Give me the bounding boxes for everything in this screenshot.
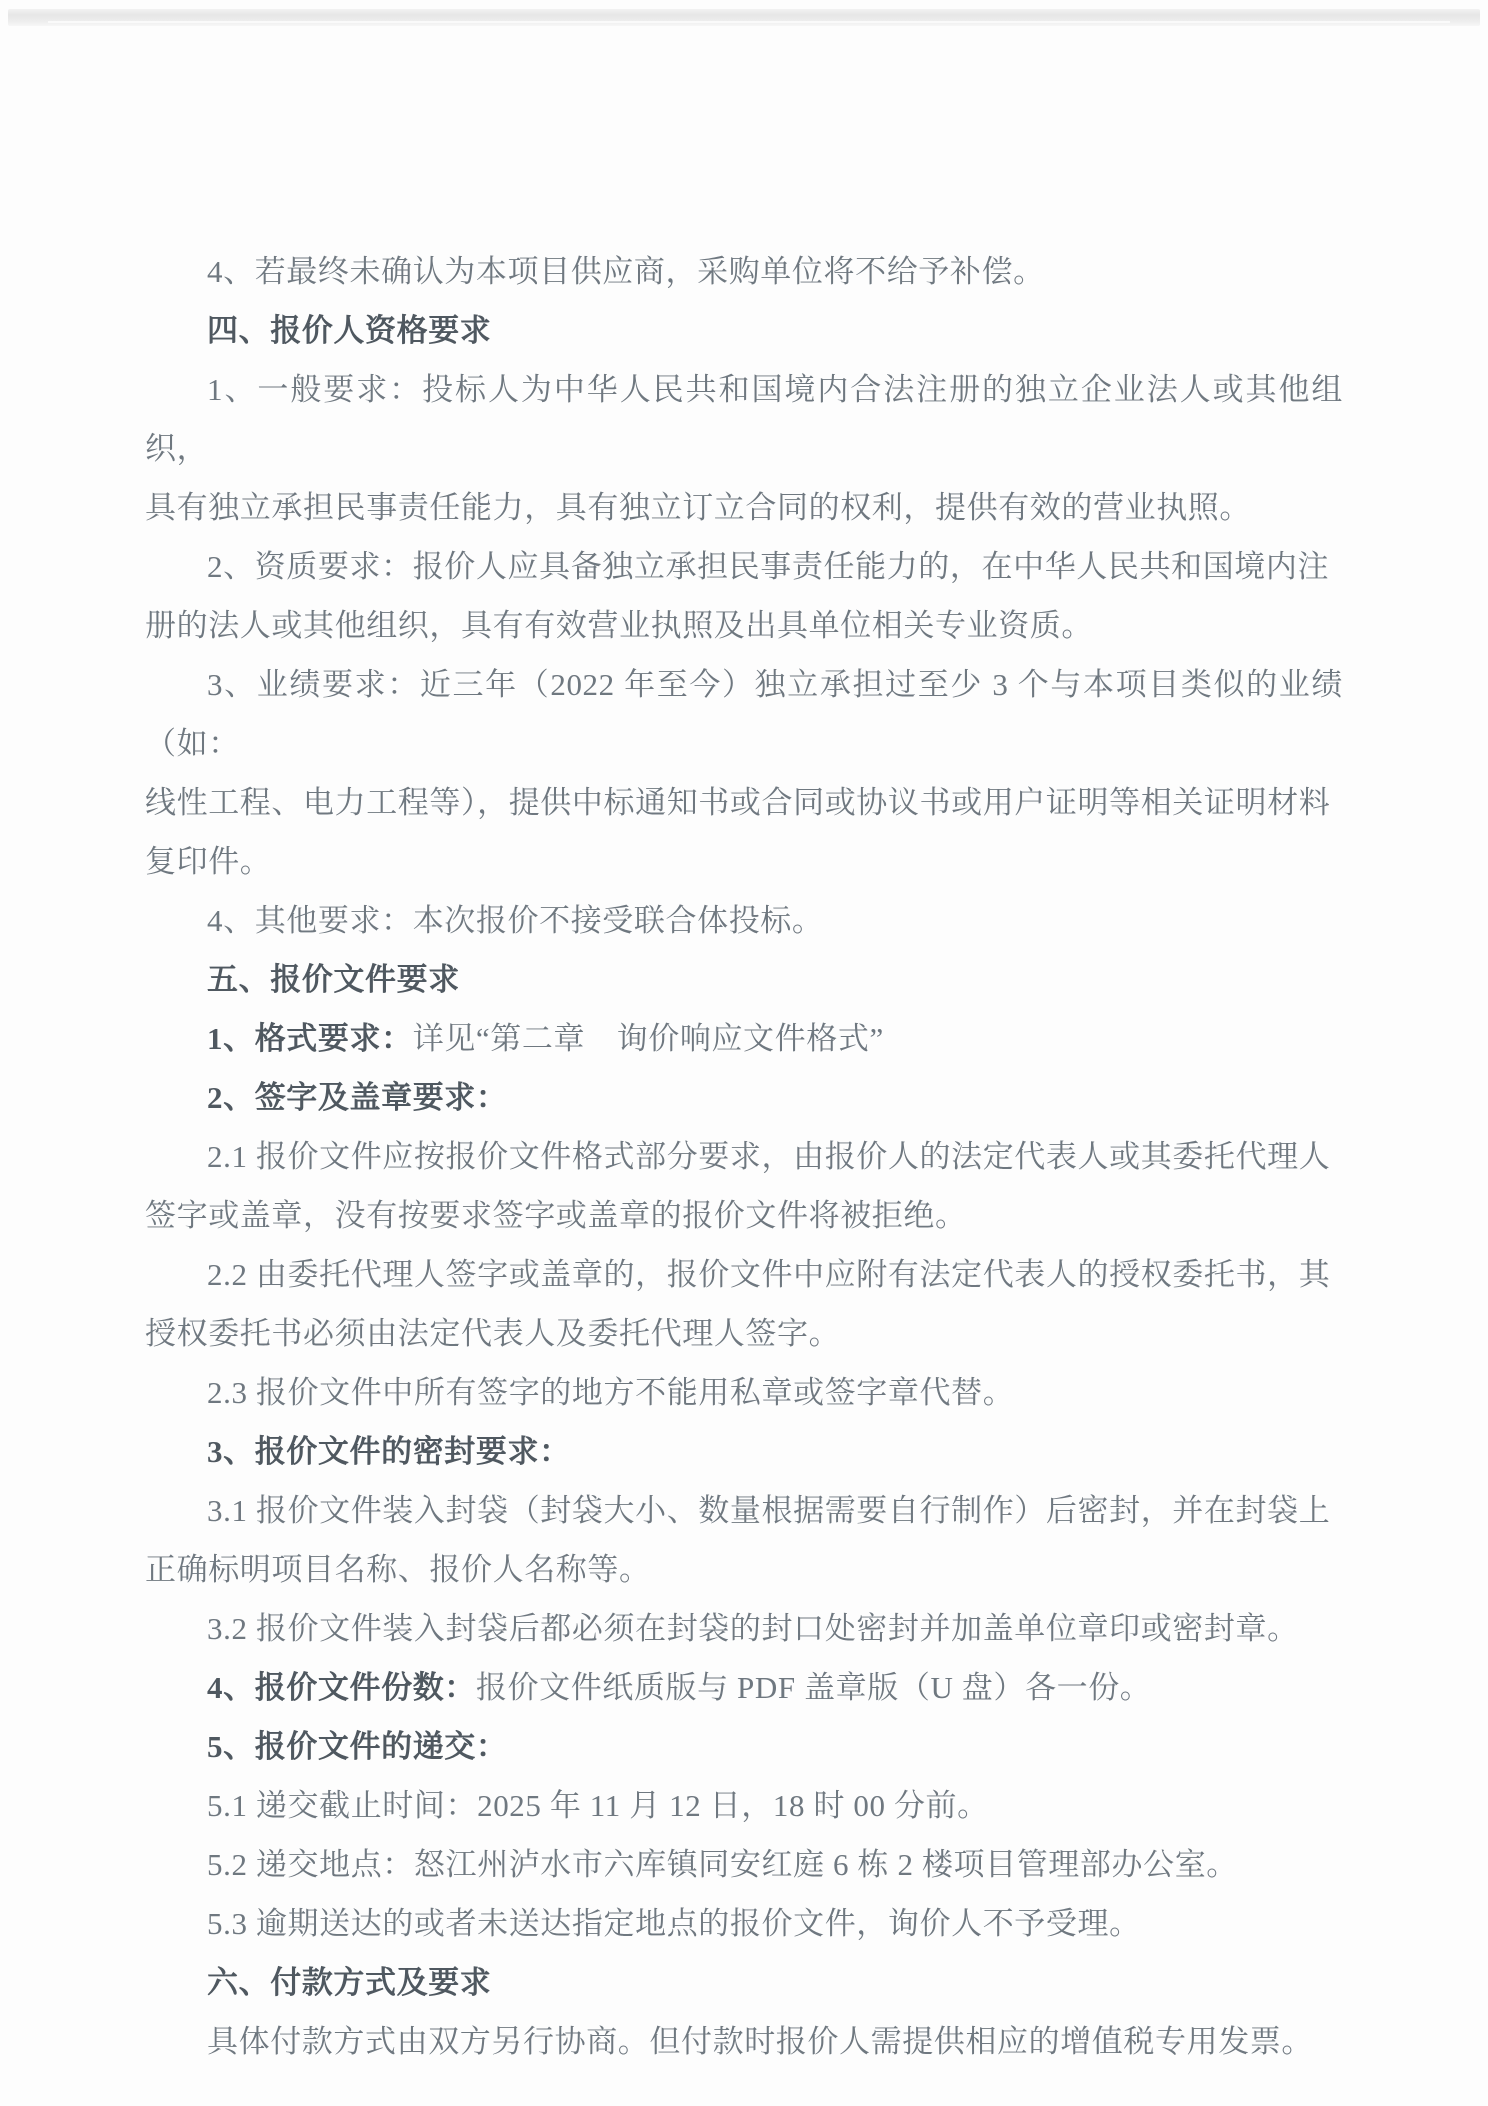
text-run: 具体付款方式由双方另行协商。但付款时报价人需提供相应的增值税专用发票。 <box>207 2024 1313 2059</box>
text-run: 2.1 报价文件应按报价文件格式部分要求，由报价人的法定代表人或其委托代理人 签… <box>145 1139 1330 1233</box>
bold-text-run: 5、报价文件的递交： <box>207 1729 508 1764</box>
section-heading: 六、付款方式及要求 <box>145 1953 1343 2012</box>
section-heading: 3、报价文件的密封要求： <box>145 1422 1343 1481</box>
text-run: 3.2 报价文件装入封袋后都必须在封袋的封口处密封并加盖单位章印或密封章。 <box>207 1611 1299 1646</box>
body-paragraph: 5.1 递交截止时间：2025 年 11 月 12 日，18 时 00 分前。 <box>145 1776 1343 1835</box>
body-paragraph: 具体付款方式由双方另行协商。但付款时报价人需提供相应的增值税专用发票。 <box>145 2012 1343 2071</box>
body-paragraph: 2、资质要求：报价人应具备独立承担民事责任能力的，在中华人民共和国境内注 册的法… <box>145 537 1343 655</box>
body-paragraph: 3.1 报价文件装入封袋（封袋大小、数量根据需要自行制作）后密封，并在封袋上 正… <box>145 1481 1343 1599</box>
section-heading: 2、签字及盖章要求： <box>145 1068 1343 1127</box>
bold-text-run: 四、报价人资格要求 <box>207 313 491 348</box>
body-paragraph: 2.3 报价文件中所有签字的地方不能用私章或签字章代替。 <box>145 1363 1343 1422</box>
body-paragraph: 1、一般要求：投标人为中华人民共和国境内合法注册的独立企业法人或其他组织， 具有… <box>145 360 1343 537</box>
section-heading: 四、报价人资格要求 <box>145 301 1343 360</box>
text-run: 3、业绩要求：近三年（2022 年至今）独立承担过至少 3 个与本项目类似的业绩… <box>145 667 1343 879</box>
body-paragraph: 5.2 递交地点：怒江州泸水市六库镇同安红庭 6 栋 2 楼项目管理部办公室。 <box>145 1835 1343 1894</box>
scan-artifact-top-band <box>8 9 1480 26</box>
text-run: 4、其他要求：本次报价不接受联合体投标。 <box>207 903 824 938</box>
body-paragraph: 5.3 逾期送达的或者未送达指定地点的报价文件，询价人不予受理。 <box>145 1894 1343 1953</box>
body-paragraph: 3、业绩要求：近三年（2022 年至今）独立承担过至少 3 个与本项目类似的业绩… <box>145 655 1343 891</box>
body-paragraph: 2.1 报价文件应按报价文件格式部分要求，由报价人的法定代表人或其委托代理人 签… <box>145 1127 1343 1245</box>
body-paragraph: 4、若最终未确认为本项目供应商，采购单位将不给予补偿。 <box>145 242 1343 301</box>
text-run: 报价文件纸质版与 PDF 盖章版（U 盘）各一份。 <box>476 1670 1152 1705</box>
bold-text-run: 2、签字及盖章要求： <box>207 1080 508 1115</box>
text-run: 详见“第二章 询价响应文件格式” <box>413 1021 884 1056</box>
document-body: 4、若最终未确认为本项目供应商，采购单位将不给予补偿。四、报价人资格要求1、一般… <box>145 242 1343 2071</box>
body-paragraph: 1、格式要求：详见“第二章 询价响应文件格式” <box>145 1009 1343 1068</box>
section-heading: 5、报价文件的递交： <box>145 1717 1343 1776</box>
bold-text-run: 六、付款方式及要求 <box>207 1965 491 2000</box>
text-run: 2.2 由委托代理人签字或盖章的，报价文件中应附有法定代表人的授权委托书，其 授… <box>145 1257 1330 1351</box>
text-run: 2、资质要求：报价人应具备独立承担民事责任能力的，在中华人民共和国境内注 册的法… <box>145 549 1329 643</box>
text-run: 3.1 报价文件装入封袋（封袋大小、数量根据需要自行制作）后密封，并在封袋上 正… <box>145 1493 1330 1587</box>
text-run: 5.2 递交地点：怒江州泸水市六库镇同安红庭 6 栋 2 楼项目管理部办公室。 <box>207 1847 1238 1882</box>
bold-text-run: 4、报价文件份数： <box>207 1670 476 1705</box>
section-heading: 五、报价文件要求 <box>145 950 1343 1009</box>
bold-text-run: 3、报价文件的密封要求： <box>207 1434 571 1469</box>
body-paragraph: 3.2 报价文件装入封袋后都必须在封袋的封口处密封并加盖单位章印或密封章。 <box>145 1599 1343 1658</box>
body-paragraph: 4、报价文件份数：报价文件纸质版与 PDF 盖章版（U 盘）各一份。 <box>145 1658 1343 1717</box>
body-paragraph: 2.2 由委托代理人签字或盖章的，报价文件中应附有法定代表人的授权委托书，其 授… <box>145 1245 1343 1363</box>
body-paragraph: 4、其他要求：本次报价不接受联合体投标。 <box>145 891 1343 950</box>
bold-text-run: 1、格式要求： <box>207 1021 413 1056</box>
text-run: 5.1 递交截止时间：2025 年 11 月 12 日，18 时 00 分前。 <box>207 1788 989 1823</box>
text-run: 1、一般要求：投标人为中华人民共和国境内合法注册的独立企业法人或其他组织， 具有… <box>145 372 1343 525</box>
text-run: 2.3 报价文件中所有签字的地方不能用私章或签字章代替。 <box>207 1375 1014 1410</box>
text-run: 4、若最终未确认为本项目供应商，采购单位将不给予补偿。 <box>207 254 1045 289</box>
text-run: 5.3 逾期送达的或者未送达指定地点的报价文件，询价人不予受理。 <box>207 1906 1141 1941</box>
bold-text-run: 五、报价文件要求 <box>207 962 460 997</box>
